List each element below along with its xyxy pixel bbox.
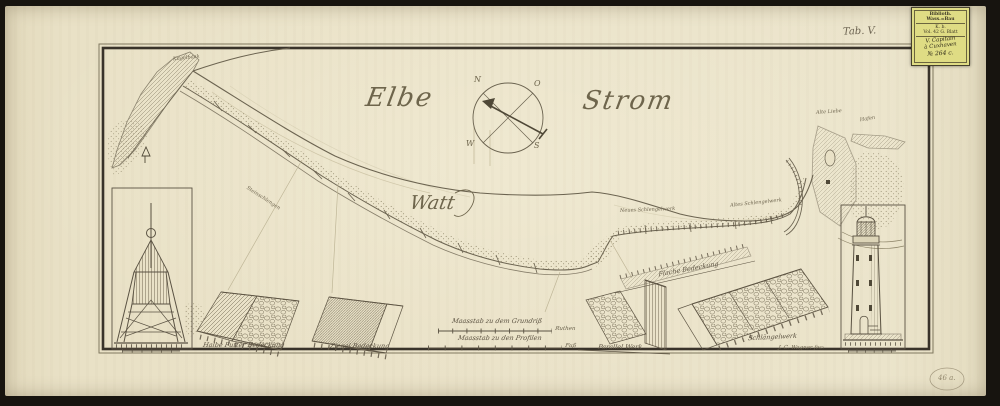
- compass-east: O: [534, 80, 541, 88]
- compass-west: W: [466, 140, 474, 148]
- scanned-map-sheet: Tab. V. Elbe Strom Watt N O W S Kugelbaa…: [0, 0, 1000, 406]
- profile-scale-unit: Fuß: [565, 344, 577, 350]
- pencil-mark: 46 a.: [938, 375, 956, 382]
- revetment1-label: Halbe Futter Bedeckung: [202, 342, 285, 349]
- engraver-signature: J. C. Wagner fec:: [778, 346, 825, 352]
- plan-scale-title: Maasstab zu dem Grundriß: [451, 318, 542, 325]
- groyne-label: Parallel Werk: [597, 344, 642, 351]
- beacon-inset: [112, 188, 192, 351]
- revetment2-label: Ziegel Bedeckung: [329, 343, 389, 350]
- lighthouse-inset: [841, 205, 905, 351]
- headland-spit: [107, 48, 290, 176]
- plan-scale-unit: Ruthen: [555, 327, 576, 333]
- library-label: Biblioth. Wass.=Bau K. b. Vol. 42 G. Bla…: [911, 7, 970, 66]
- profile-scale-title: Maasstab zu den Profilen: [457, 335, 542, 342]
- plate-number: Tab. V.: [843, 26, 877, 37]
- shoreline: [180, 71, 813, 312]
- library-label-handwriting3: № 264 c.: [916, 48, 965, 59]
- compass-north: N: [474, 76, 481, 84]
- river-label-elbe: Elbe: [364, 85, 436, 111]
- library-label-line1: Biblioth. Wass.=Bau: [916, 12, 965, 24]
- flats-label: Watt: [408, 194, 456, 213]
- map-artwork: [0, 0, 1000, 406]
- river-label-strom: Strom: [581, 88, 677, 114]
- library-label-inner: Biblioth. Wass.=Bau K. b. Vol. 42 G. Bla…: [914, 10, 967, 63]
- compass-south: S: [534, 142, 539, 150]
